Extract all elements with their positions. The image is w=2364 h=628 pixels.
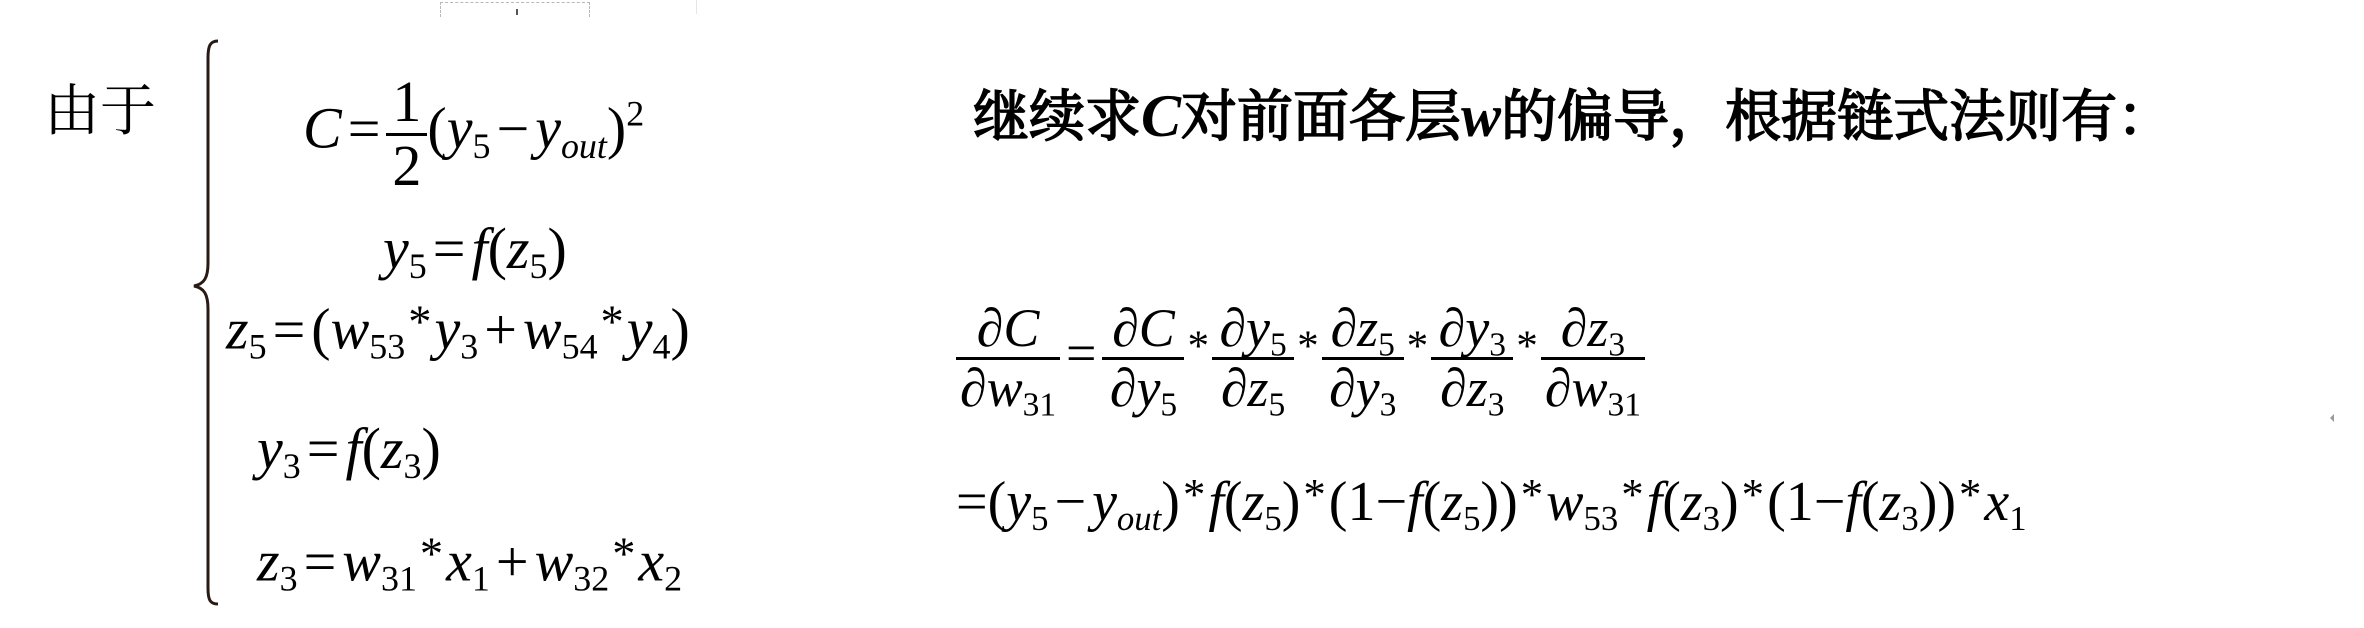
multiply-sign: * xyxy=(1518,469,1546,519)
partial-symbol: ∂ xyxy=(977,298,1004,358)
left-brace-icon xyxy=(180,38,220,608)
var-y: y xyxy=(434,297,460,362)
var-z: z xyxy=(381,416,404,481)
multiply-sign: * xyxy=(1180,469,1208,519)
var-c: C xyxy=(303,96,342,161)
numerator: ∂C xyxy=(1106,300,1181,357)
equation-y5: y5=f(z5) xyxy=(383,220,567,278)
var-c: C xyxy=(1141,83,1181,149)
var-x: x xyxy=(1984,471,2009,533)
subscript: 3 xyxy=(283,446,301,486)
exponent: 2 xyxy=(626,93,644,133)
subscript: 5 xyxy=(1269,386,1286,423)
var-y: y xyxy=(1136,358,1160,418)
text-cursor-mark xyxy=(516,9,518,15)
subscript: 5 xyxy=(249,327,267,367)
function-f: f xyxy=(1647,471,1663,533)
subscript: out xyxy=(1117,499,1161,538)
var-x: x xyxy=(638,529,664,594)
fraction-dz5-dy3: ∂z5 ∂y3 xyxy=(1322,300,1404,416)
subscript: 4 xyxy=(653,327,671,367)
paren: ( xyxy=(1662,471,1681,533)
subscript: 1 xyxy=(472,559,490,599)
var-c: C xyxy=(1003,298,1039,358)
partial-symbol: ∂ xyxy=(1219,298,1246,358)
subscript: 1 xyxy=(2009,499,2026,538)
multiply-sign: * xyxy=(1739,469,1767,519)
var-x: x xyxy=(446,529,472,594)
subscript: 5 xyxy=(1264,499,1281,538)
subscript: 5 xyxy=(409,246,427,286)
multiply-sign: * xyxy=(405,297,434,348)
subscript: 2 xyxy=(664,559,682,599)
multiply-sign: * xyxy=(1956,469,1984,519)
var-c: C xyxy=(1139,298,1175,358)
partial-symbol: ∂ xyxy=(1329,358,1356,418)
function-f: f xyxy=(1208,471,1224,533)
var-w: w xyxy=(535,529,574,594)
denominator: ∂w31 xyxy=(1539,360,1647,417)
subscript: 53 xyxy=(369,327,405,367)
var-z: z xyxy=(226,297,249,362)
multiply-sign: * xyxy=(417,529,446,580)
subscript: 3 xyxy=(1901,499,1918,538)
subscript: 5 xyxy=(529,246,547,286)
subscript: 53 xyxy=(1584,499,1619,538)
paren: ) xyxy=(1937,471,1956,533)
heading-text: 对前面各层 xyxy=(1181,87,1461,149)
subscript: 3 xyxy=(1380,386,1397,423)
equals-sign: = xyxy=(267,297,312,362)
multiply-sign: * xyxy=(1404,323,1432,370)
subscript: 3 xyxy=(460,327,478,367)
subscript: 32 xyxy=(573,559,609,599)
var-z: z xyxy=(1880,471,1902,533)
chain-rule-expansion: =(y5−yout)*f(z5)*(1−f(z5))*w53*f(z3)*(1−… xyxy=(956,472,2027,530)
numerator: ∂y5 xyxy=(1213,300,1292,357)
var-y: y xyxy=(447,96,473,161)
equals-sign: = xyxy=(298,529,343,594)
subscript: 31 xyxy=(1023,386,1056,423)
heading-text: 继续求 xyxy=(973,87,1141,149)
denominator: ∂w31 xyxy=(954,360,1062,417)
multiply-sign: * xyxy=(1294,323,1322,370)
var-y: y xyxy=(1246,298,1270,358)
selection-box-outline xyxy=(440,2,590,17)
var-y: y xyxy=(535,96,561,161)
var-y: y xyxy=(1356,358,1380,418)
var-w: w xyxy=(1461,83,1501,149)
stray-arrow-mark xyxy=(2330,414,2334,422)
function-f: f xyxy=(1407,471,1423,533)
partial-symbol: ∂ xyxy=(1545,358,1572,418)
var-w: w xyxy=(987,358,1023,418)
heading-text: 的偏导，根据链式法则有： xyxy=(1501,87,2173,149)
var-y: y xyxy=(1092,471,1117,533)
var-z: z xyxy=(1441,471,1463,533)
subscript: 54 xyxy=(562,327,598,367)
paren: ) xyxy=(1161,471,1180,533)
equation-cost: C=12(y5−yout)2 xyxy=(303,72,644,197)
multiply-sign: * xyxy=(1618,469,1646,519)
var-y: y xyxy=(383,216,409,281)
fraction-dz3-dw31: ∂z3 ∂w31 xyxy=(1541,300,1645,416)
var-y: y xyxy=(627,297,653,362)
numerator: ∂z3 xyxy=(1555,300,1631,357)
function-f: f xyxy=(471,216,487,281)
var-z: z xyxy=(1467,358,1488,418)
plus-sign: + xyxy=(490,529,535,594)
equation-y3: y3=f(z3) xyxy=(257,420,441,478)
paren: ) xyxy=(1499,471,1518,533)
paren: ( xyxy=(988,471,1007,533)
paren: ( xyxy=(1329,471,1348,533)
heading-sentence: 继续求C对前面各层w的偏导，根据链式法则有： xyxy=(973,86,2173,146)
var-z: z xyxy=(257,529,280,594)
subscript: 3 xyxy=(1703,499,1720,538)
function-f: f xyxy=(345,416,361,481)
partial-symbol: ∂ xyxy=(960,358,987,418)
paren: ) xyxy=(1480,471,1499,533)
denominator: ∂y5 xyxy=(1104,360,1183,417)
var-w: w xyxy=(1571,358,1607,418)
paren: ( xyxy=(1224,471,1243,533)
partial-symbol: ∂ xyxy=(1110,358,1137,418)
subscript: 5 xyxy=(472,126,490,166)
intro-label: 由于 xyxy=(44,84,156,140)
number-one: 1 xyxy=(1786,471,1814,533)
partial-symbol: ∂ xyxy=(1221,358,1248,418)
paren: ( xyxy=(488,216,507,281)
paren: ) xyxy=(547,216,566,281)
partial-symbol: ∂ xyxy=(1561,298,1588,358)
fraction-dc-dw31: ∂C ∂w31 xyxy=(956,300,1060,416)
subscript: 3 xyxy=(280,559,298,599)
var-z: z xyxy=(1357,298,1378,358)
paren: ) xyxy=(1282,471,1301,533)
multiply-sign: * xyxy=(1513,323,1541,370)
paren: ( xyxy=(427,96,446,161)
var-w: w xyxy=(1546,471,1583,533)
paren: ) xyxy=(421,416,440,481)
equals-sign: = xyxy=(427,216,472,281)
chain-rule-equation: ∂C ∂w31 = ∂C ∂y5 * ∂y5 ∂z5 * ∂z5 ∂y3 * ∂… xyxy=(956,300,1645,416)
plus-sign: + xyxy=(478,297,523,362)
paren: ) xyxy=(607,96,626,161)
subscript: 31 xyxy=(1607,386,1640,423)
function-f: f xyxy=(1845,471,1861,533)
equation-z5: z5=(w53*y3+w54*y4) xyxy=(226,300,690,359)
minus-sign: − xyxy=(1375,471,1407,533)
minus-sign: − xyxy=(1048,471,1092,533)
partial-symbol: ∂ xyxy=(1112,298,1139,358)
denominator: ∂z3 xyxy=(1434,360,1510,417)
denominator: 2 xyxy=(386,136,427,197)
var-z: z xyxy=(1681,471,1703,533)
paren: ( xyxy=(311,297,330,362)
var-y: y xyxy=(257,416,283,481)
denominator: ∂z5 xyxy=(1215,360,1291,417)
subscript: 5 xyxy=(1031,499,1048,538)
subscript: 5 xyxy=(1160,386,1177,423)
partial-symbol: ∂ xyxy=(1439,298,1466,358)
faint-divider-line xyxy=(696,0,697,14)
numerator: ∂C xyxy=(971,300,1046,357)
subscript: 31 xyxy=(381,559,417,599)
numerator: 1 xyxy=(386,72,427,133)
var-y: y xyxy=(1465,298,1489,358)
var-w: w xyxy=(523,297,562,362)
paren: ( xyxy=(362,416,381,481)
numerator: ∂y3 xyxy=(1433,300,1512,357)
var-w: w xyxy=(342,529,381,594)
subscript: 3 xyxy=(403,446,421,486)
multiply-sign: * xyxy=(609,529,638,580)
numerator: ∂z5 xyxy=(1324,300,1400,357)
minus-sign: − xyxy=(1814,471,1846,533)
fraction-dy5-dz5: ∂y5 ∂z5 xyxy=(1212,300,1294,416)
var-z: z xyxy=(1243,471,1265,533)
equals-sign: = xyxy=(301,416,346,481)
equation-z3: z3=w31*x1+w32*x2 xyxy=(257,532,682,591)
var-z: z xyxy=(1248,358,1269,418)
minus-sign: − xyxy=(490,96,535,161)
multiply-sign: * xyxy=(598,297,627,348)
paren: ( xyxy=(1767,471,1786,533)
paren: ) xyxy=(670,297,689,362)
paren: ) xyxy=(1720,471,1739,533)
var-z: z xyxy=(507,216,530,281)
paren: ) xyxy=(1919,471,1938,533)
multiply-sign: * xyxy=(1300,469,1328,519)
partial-symbol: ∂ xyxy=(1440,358,1467,418)
subscript: 5 xyxy=(1463,499,1480,538)
subscript: 3 xyxy=(1488,386,1505,423)
partial-symbol: ∂ xyxy=(1330,298,1357,358)
equals-sign: = xyxy=(1060,323,1102,383)
equals-sign: = xyxy=(342,96,387,161)
var-z: z xyxy=(1587,298,1608,358)
subscript: out xyxy=(561,126,607,166)
multiply-sign: * xyxy=(1184,323,1212,370)
paren: ( xyxy=(1423,471,1442,533)
fraction-dy3-dz3: ∂y3 ∂z3 xyxy=(1431,300,1513,416)
fraction-dc-dy5: ∂C ∂y5 xyxy=(1102,300,1184,416)
number-one: 1 xyxy=(1347,471,1375,533)
denominator: ∂y3 xyxy=(1323,360,1402,417)
paren: ( xyxy=(1861,471,1880,533)
var-y: y xyxy=(1006,471,1031,533)
var-w: w xyxy=(331,297,370,362)
fraction-half: 12 xyxy=(386,72,427,197)
equals-sign: = xyxy=(956,471,988,533)
